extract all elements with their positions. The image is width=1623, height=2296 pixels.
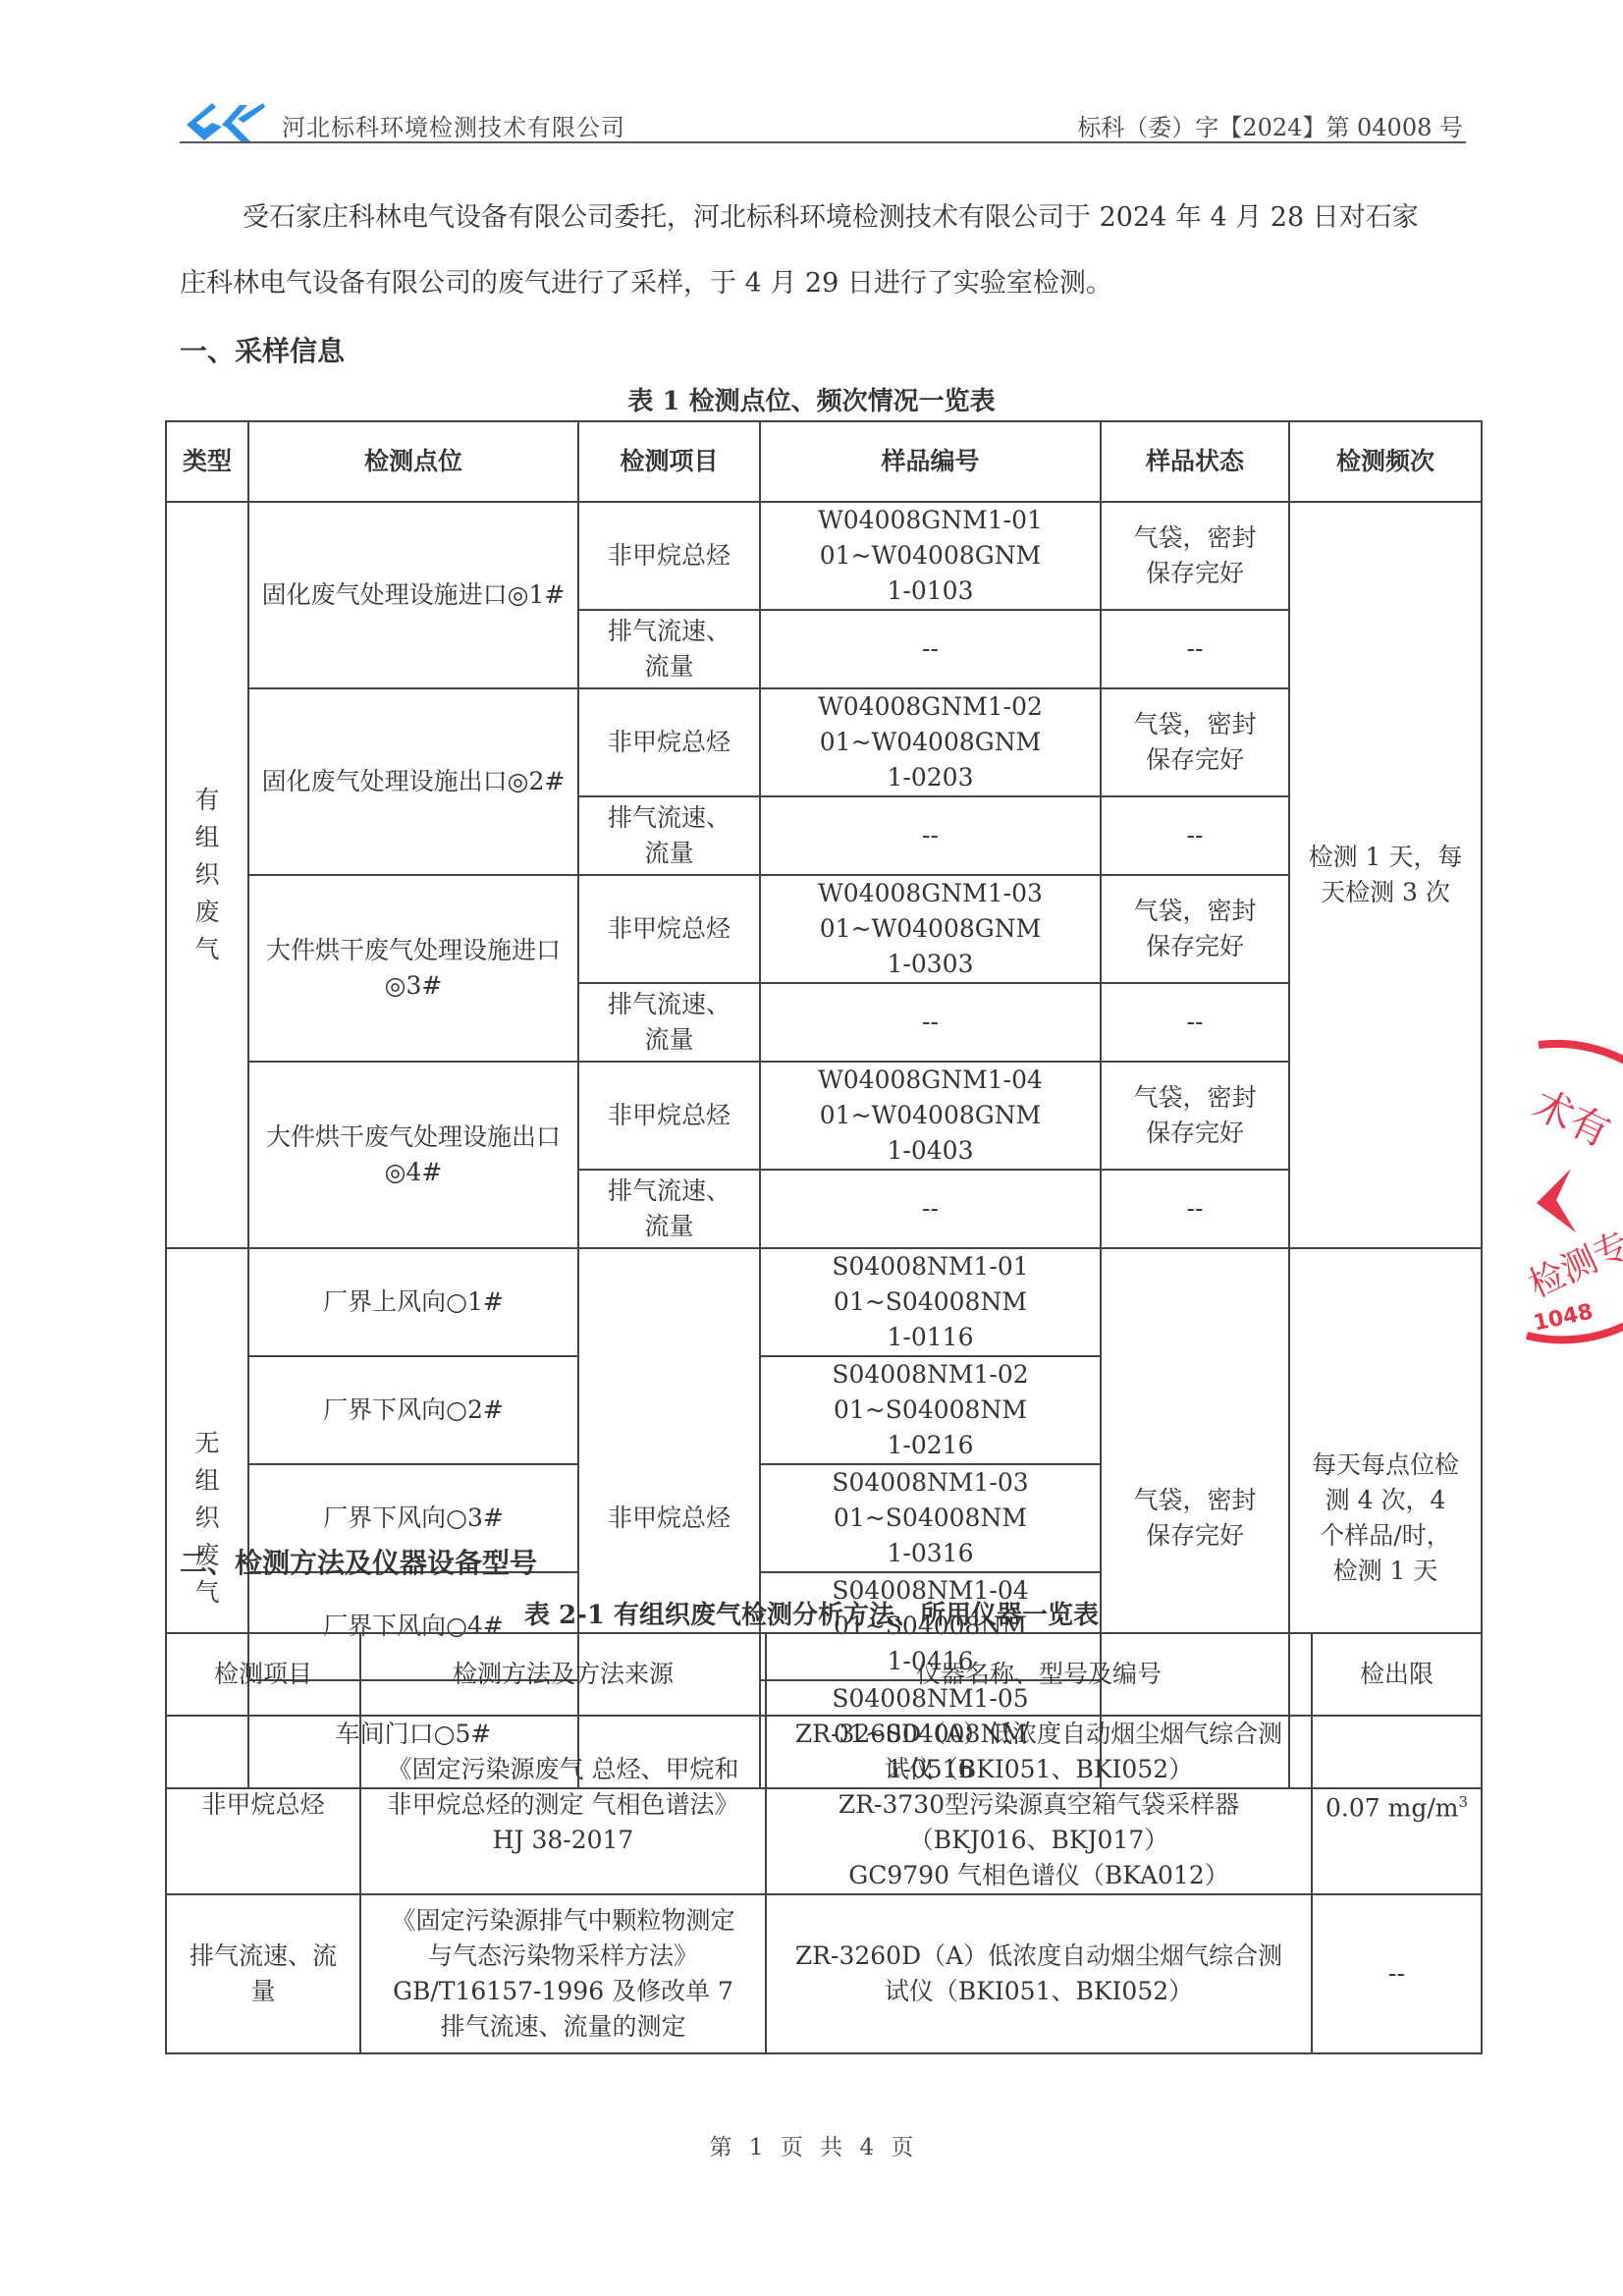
table-2-1-title: 表 2-1 有组织废气检测分析方法、所用仪器一览表 bbox=[0, 1595, 1623, 1631]
sample-cell: W04008GNM1-0101~W04008GNM1-0103 bbox=[760, 502, 1101, 610]
header-location: 检测点位 bbox=[248, 421, 578, 502]
state-cell: 气袋，密封保存完好 bbox=[1101, 688, 1289, 796]
table-row: 排气流速、流量 《固定污染源排气中颗粒物测定与气态污染物采样方法》GB/T161… bbox=[166, 1894, 1482, 2053]
sample-cell: W04008GNM1-0401~W04008GNM1-0403 bbox=[760, 1062, 1101, 1170]
sample-cell: S04008NM1-0301~S04008NM1-0316 bbox=[760, 1464, 1101, 1572]
state-cell: 气袋，密封保存完好 bbox=[1101, 875, 1289, 983]
sample-cell: -- bbox=[760, 610, 1101, 688]
table-header-row: 类型 检测点位 检测项目 样品编号 样品状态 检测频次 bbox=[166, 421, 1482, 502]
section-1-title: 一、采样信息 bbox=[180, 330, 345, 369]
table-row: 大件烘干废气处理设施进口◎3# 非甲烷总烃 W04008GNM1-0301~W0… bbox=[166, 875, 1482, 983]
svg-text:检测专: 检测专 bbox=[1523, 1225, 1623, 1306]
instrument-cell: ZR-3260D（A）低浓度自动烟尘烟气综合测试仪（BKI051、BKI052） bbox=[766, 1894, 1312, 2053]
sample-cell: S04008NM1-0101~S04008NM1-0116 bbox=[760, 1248, 1101, 1356]
section-2-title: 二、检测方法及仪器设备型号 bbox=[180, 1542, 537, 1581]
item-cell: 非甲烷总烃 bbox=[578, 875, 760, 983]
state-cell: -- bbox=[1101, 610, 1289, 688]
header-item: 检测项目 bbox=[578, 421, 760, 502]
item-cell: 排气流速、流量 bbox=[578, 1170, 760, 1248]
intro-paragraph: 受石家庄科林电气设备有限公司委托，河北标科环境检测技术有限公司于 2024 年 … bbox=[180, 185, 1471, 316]
item-cell: 非甲烷总烃 bbox=[166, 1716, 360, 1894]
header-item: 检测项目 bbox=[166, 1633, 360, 1716]
sample-cell: -- bbox=[760, 1170, 1101, 1248]
table-row: 有组织废气 固化废气处理设施进口◎1# 非甲烷总烃 W04008GNM1-010… bbox=[166, 502, 1482, 610]
location-cell: 固化废气处理设施出口◎2# bbox=[248, 688, 578, 875]
item-cell: 非甲烷总烃 bbox=[578, 688, 760, 796]
table-1-title: 表 1 检测点位、频次情况一览表 bbox=[0, 381, 1623, 417]
sample-cell: -- bbox=[760, 796, 1101, 875]
location-cell: 大件烘干废气处理设施出口◎4# bbox=[248, 1062, 578, 1248]
methods-instruments-table: 检测项目 检测方法及方法来源 仪器名称、型号及编号 检出限 非甲烷总烃 《固定污… bbox=[165, 1632, 1483, 2054]
seal-stamp-icon: 术有 检测专 1048 bbox=[1517, 1031, 1623, 1345]
item-cell: 排气流速、流量 bbox=[578, 796, 760, 875]
method-cell: 《固定污染源排气中颗粒物测定与气态污染物采样方法》GB/T16157-1996 … bbox=[360, 1894, 766, 2053]
header-instrument: 仪器名称、型号及编号 bbox=[766, 1633, 1312, 1716]
table-header-row: 检测项目 检测方法及方法来源 仪器名称、型号及编号 检出限 bbox=[166, 1633, 1482, 1716]
table-row: 大件烘干废气处理设施出口◎4# 非甲烷总烃 W04008GNM1-0401~W0… bbox=[166, 1062, 1482, 1170]
header-divider bbox=[180, 141, 1466, 143]
frequency-organized: 检测 1 天，每天检测 3 次 bbox=[1289, 502, 1482, 1248]
state-cell: -- bbox=[1101, 983, 1289, 1062]
svg-text:术有: 术有 bbox=[1526, 1082, 1616, 1156]
table-row: 固化废气处理设施出口◎2# 非甲烷总烃 W04008GNM1-0201~W040… bbox=[166, 688, 1482, 796]
state-cell: -- bbox=[1101, 1170, 1289, 1248]
sample-cell: W04008GNM1-0301~W04008GNM1-0303 bbox=[760, 875, 1101, 983]
header-sample-id: 样品编号 bbox=[760, 421, 1101, 502]
header-sample-state: 样品状态 bbox=[1101, 421, 1289, 502]
header-frequency: 检测频次 bbox=[1289, 421, 1482, 502]
sample-cell: S04008NM1-0201~S04008NM1-0216 bbox=[760, 1356, 1101, 1464]
company-logo-icon bbox=[183, 101, 267, 144]
sampling-info-table: 类型 检测点位 检测项目 样品编号 样品状态 检测频次 有组织废气 固化废气处理… bbox=[165, 420, 1483, 1789]
state-cell: 气袋，密封保存完好 bbox=[1101, 1062, 1289, 1170]
location-cell: 厂界下风向○2# bbox=[248, 1356, 578, 1464]
page-footer: 第 1 页 共 4 页 bbox=[0, 2129, 1623, 2161]
company-name: 河北标科环境检测技术有限公司 bbox=[282, 108, 625, 142]
state-cell: -- bbox=[1101, 796, 1289, 875]
detection-limit-cell: -- bbox=[1312, 1894, 1482, 2053]
header-method: 检测方法及方法来源 bbox=[360, 1633, 766, 1716]
type-organized: 有组织废气 bbox=[166, 502, 248, 1248]
intro-line-1: 受石家庄科林电气设备有限公司委托，河北标科环境检测技术有限公司于 2024 年 … bbox=[243, 202, 1419, 233]
table-row: 无组织废气 厂界上风向○1# 非甲烷总烃 S04008NM1-0101~S040… bbox=[166, 1248, 1482, 1356]
location-cell: 固化废气处理设施进口◎1# bbox=[248, 502, 578, 688]
item-cell: 排气流速、流量 bbox=[166, 1894, 360, 2053]
location-cell: 大件烘干废气处理设施进口◎3# bbox=[248, 875, 578, 1062]
item-cell: 非甲烷总烃 bbox=[578, 502, 760, 610]
item-cell: 排气流速、流量 bbox=[578, 610, 760, 688]
item-cell: 非甲烷总烃 bbox=[578, 1062, 760, 1170]
detection-limit-cell: 0.07 mg/m3 bbox=[1312, 1716, 1482, 1894]
instrument-cell: ZR-3260D（A）低浓度自动烟尘烟气综合测试仪（BKI051、BKI052）… bbox=[766, 1716, 1312, 1894]
document-number: 标科（委）字【2024】第 04008 号 bbox=[1077, 108, 1463, 142]
header-detection-limit: 检出限 bbox=[1312, 1633, 1482, 1716]
intro-line-2: 庄科林电气设备有限公司的废气进行了采样，于 4 月 29 日进行了实验室检测。 bbox=[180, 268, 1112, 299]
item-cell: 排气流速、流量 bbox=[578, 983, 760, 1062]
sample-cell: -- bbox=[760, 983, 1101, 1062]
sample-cell: W04008GNM1-0201~W04008GNM1-0203 bbox=[760, 688, 1101, 796]
header-type: 类型 bbox=[166, 421, 248, 502]
table-row: 非甲烷总烃 《固定污染源废气 总烃、甲烷和非甲烷总烃的测定 气相色谱法》HJ 3… bbox=[166, 1716, 1482, 1894]
location-cell: 厂界上风向○1# bbox=[248, 1248, 578, 1356]
method-cell: 《固定污染源废气 总烃、甲烷和非甲烷总烃的测定 气相色谱法》HJ 38-2017 bbox=[360, 1716, 766, 1894]
state-cell: 气袋，密封保存完好 bbox=[1101, 502, 1289, 610]
